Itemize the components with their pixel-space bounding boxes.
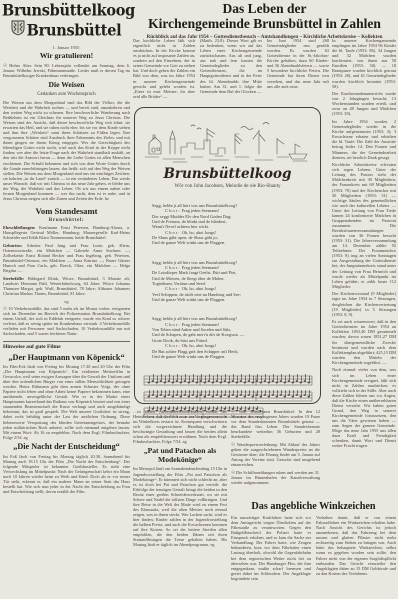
entry-text: Arbeiter Paul Jung und Frau Luise, geb. … bbox=[3, 243, 130, 273]
shanty-title: Brunsbüttelkoog bbox=[142, 166, 313, 182]
standesamt-sterbefaelle: Sterbefälle: Hildegard Klink, Witwe, Bru… bbox=[3, 276, 130, 296]
article-col-d: In unserer Kirchengemeinde empfingen im … bbox=[332, 38, 396, 498]
masthead: Brunsbüttelkoog Brunsbüttel 1. Januar 19… bbox=[2, 3, 130, 50]
col-d-paragraph: Der Kirchenvorstand (9 Mitglieder) tagte… bbox=[332, 291, 396, 316]
shanty-box: Brunsbüttelkoog Wör von John Jacobsen, M… bbox=[134, 107, 321, 404]
verkehrsunfaelle-text: ☉ 10 Verkehrsunfälle, das sind 5 mehr al… bbox=[3, 306, 130, 336]
nameplate-line2: Brunsbüttel bbox=[2, 20, 130, 41]
gratulieren-text: ☉ Hohes Alter. Sein 80. Lebensjahr volle… bbox=[3, 63, 130, 78]
heading-vom-standesamt: Vom Standesamt bbox=[3, 206, 130, 216]
nameplate-line1: Brunsbüttelkoog bbox=[2, 2, 130, 19]
left-column: Wir gratulieren! ☉ Hohes Alter. Sein 80.… bbox=[3, 49, 130, 597]
article-col-b: (Matth. 23,8). Dieses Wort gilt es zu be… bbox=[200, 38, 262, 105]
coat-of-arms-icon bbox=[11, 20, 25, 41]
film-pat-patachon-text: Im Metropol läuft am Sonnabendnachmittag… bbox=[133, 466, 227, 547]
notice-wanderpreis: ☉ Wanderpreisverleihung: Mit Ablauf des … bbox=[231, 442, 320, 467]
weisen-text: Die Weisen aus dem Morgenland sind das B… bbox=[3, 100, 130, 201]
article-col-c-text: Im Juni 1954 sind 268 Gemeindeglieder ne… bbox=[267, 38, 329, 89]
film-section-kicker: Hinweise auf gute Filme bbox=[3, 341, 130, 351]
col-d-paragraph: Es sei auch wissenswert, daß in den Gott… bbox=[332, 319, 396, 365]
heading-film-koepenick: „Der Hauptmann von Köpenick“ bbox=[3, 353, 130, 362]
headline-line1: Das Leben der bbox=[133, 2, 396, 17]
heading-die-weisen: Die Weisen bbox=[3, 81, 130, 90]
winkzeichen-text-1: Ein auswärtiger Kraftfahrer hatte sich v… bbox=[231, 515, 311, 581]
heading-wir-gratulieren: Wir gratulieren! bbox=[3, 52, 130, 61]
standesamt-eheschliessungen: Eheschließungen: Kaufmann Ernst Petersen… bbox=[3, 225, 130, 240]
bottom-mid-right-column: ☉ Vom Standesamt Brunsbüttel: In den 12 … bbox=[231, 409, 320, 497]
bottom-mid-left-column: …in zarten Auswandererschicksalen erzähl… bbox=[133, 409, 227, 597]
winkzeichen-col-2: Verhalten damit, daß er von einem Fahrra… bbox=[316, 515, 396, 583]
heading-film-pat-patachon: „Pat und Patachon als Modekönige“ bbox=[133, 447, 227, 464]
main-headline: Das Leben der Kirchengemeinde Brunsbütte… bbox=[133, 2, 396, 40]
col-d-paragraph: Noch einmal: vieles von dem, was sich im… bbox=[332, 367, 396, 448]
verse-3: Segg, hebbt ji all hört von uns Brunsbüt… bbox=[152, 316, 313, 359]
standesamt-geburten: Geburten: Arbeiter Paul Jung und Frau Lu… bbox=[3, 243, 130, 273]
article-top-columns: Das kirchliche Leben läßt sich eigentlic… bbox=[133, 38, 329, 105]
article-col-c: Im Juni 1954 sind 268 Gemeindeglieder ne… bbox=[267, 38, 329, 105]
headline-line2: Kirchengemeinde Brunsbüttel in Zahlen bbox=[133, 17, 396, 32]
article-col-a: Das kirchliche Leben läßt sich eigentlic… bbox=[133, 38, 195, 105]
verse-2: Segg, hebbt ji all hört von uns Brunsbüt… bbox=[152, 260, 313, 303]
section-endmark: eg bbox=[3, 299, 130, 304]
weisen-kicker: Gedanken zum Wochenspruch bbox=[3, 92, 130, 98]
article-col-a-text: Das kirchliche Leben läßt sich eigentlic… bbox=[133, 38, 195, 99]
standesamt-place: Brunsbüttel: bbox=[3, 217, 130, 223]
shanty-byline: Wör von John Jacobsen, Melodie de ole Ri… bbox=[142, 183, 313, 189]
notice-schiffsmeldungen: ☉ Die Schiffsmeldungen ruhen und werden … bbox=[231, 470, 320, 485]
film-koepenick-text: Im Film-Eck läuft von Freitag bis Montag… bbox=[3, 364, 130, 440]
harbor-sketch-illustration bbox=[142, 112, 313, 164]
heading-film-nacht: „Die Nacht der Entscheidung“ bbox=[3, 442, 130, 451]
article-col-b-text: (Matth. 23,8). Dieses Wort gilt es zu be… bbox=[200, 38, 262, 94]
col-d-paragraph: Der Konfirmandenunterricht wurde von 2 J… bbox=[332, 91, 396, 116]
col-d-paragraph: In unserer Kirchengemeinde empfingen im … bbox=[332, 38, 396, 89]
verse-1: Segg, hebbt ji all hört von uns Brunsbüt… bbox=[152, 203, 313, 246]
shanty-verses: Segg, hebbt ji all hört von uns Brunsbüt… bbox=[142, 192, 313, 373]
notice-standesamt: ☉ Vom Standesamt Brunsbüttel: In den 12 … bbox=[231, 409, 320, 439]
nameplate-line2-text: Brunsbüttel bbox=[27, 22, 122, 39]
film-continuation-text: …in zarten Auswandererschicksalen erzähl… bbox=[133, 409, 227, 444]
winkzeichen-columns: Ein auswärtiger Kraftfahrer hatte sich v… bbox=[231, 515, 396, 583]
winkzeichen-text-2: Verhalten damit, daß er von einem Fahrra… bbox=[316, 515, 396, 576]
winkzeichen-section: Das angebliche Winkzeichen Ein auswärtig… bbox=[231, 499, 396, 597]
winkzeichen-col-1: Ein auswärtiger Kraftfahrer hatte sich v… bbox=[231, 515, 311, 583]
newspaper-page: Brunsbüttelkoog Brunsbüttel 1. Januar 19… bbox=[0, 0, 398, 599]
film-nacht-text: Im Foß läuft von Freitag bis Montag tägl… bbox=[3, 454, 130, 495]
col-d-paragraph: Im Jahre 1954 wurden 2 Gemeindeglieder w… bbox=[332, 119, 396, 160]
col-d-paragraph: Kirchliche Arbeitskreise erfreuten sich … bbox=[332, 162, 396, 289]
heading-winkzeichen: Das angebliche Winkzeichen bbox=[231, 501, 396, 512]
